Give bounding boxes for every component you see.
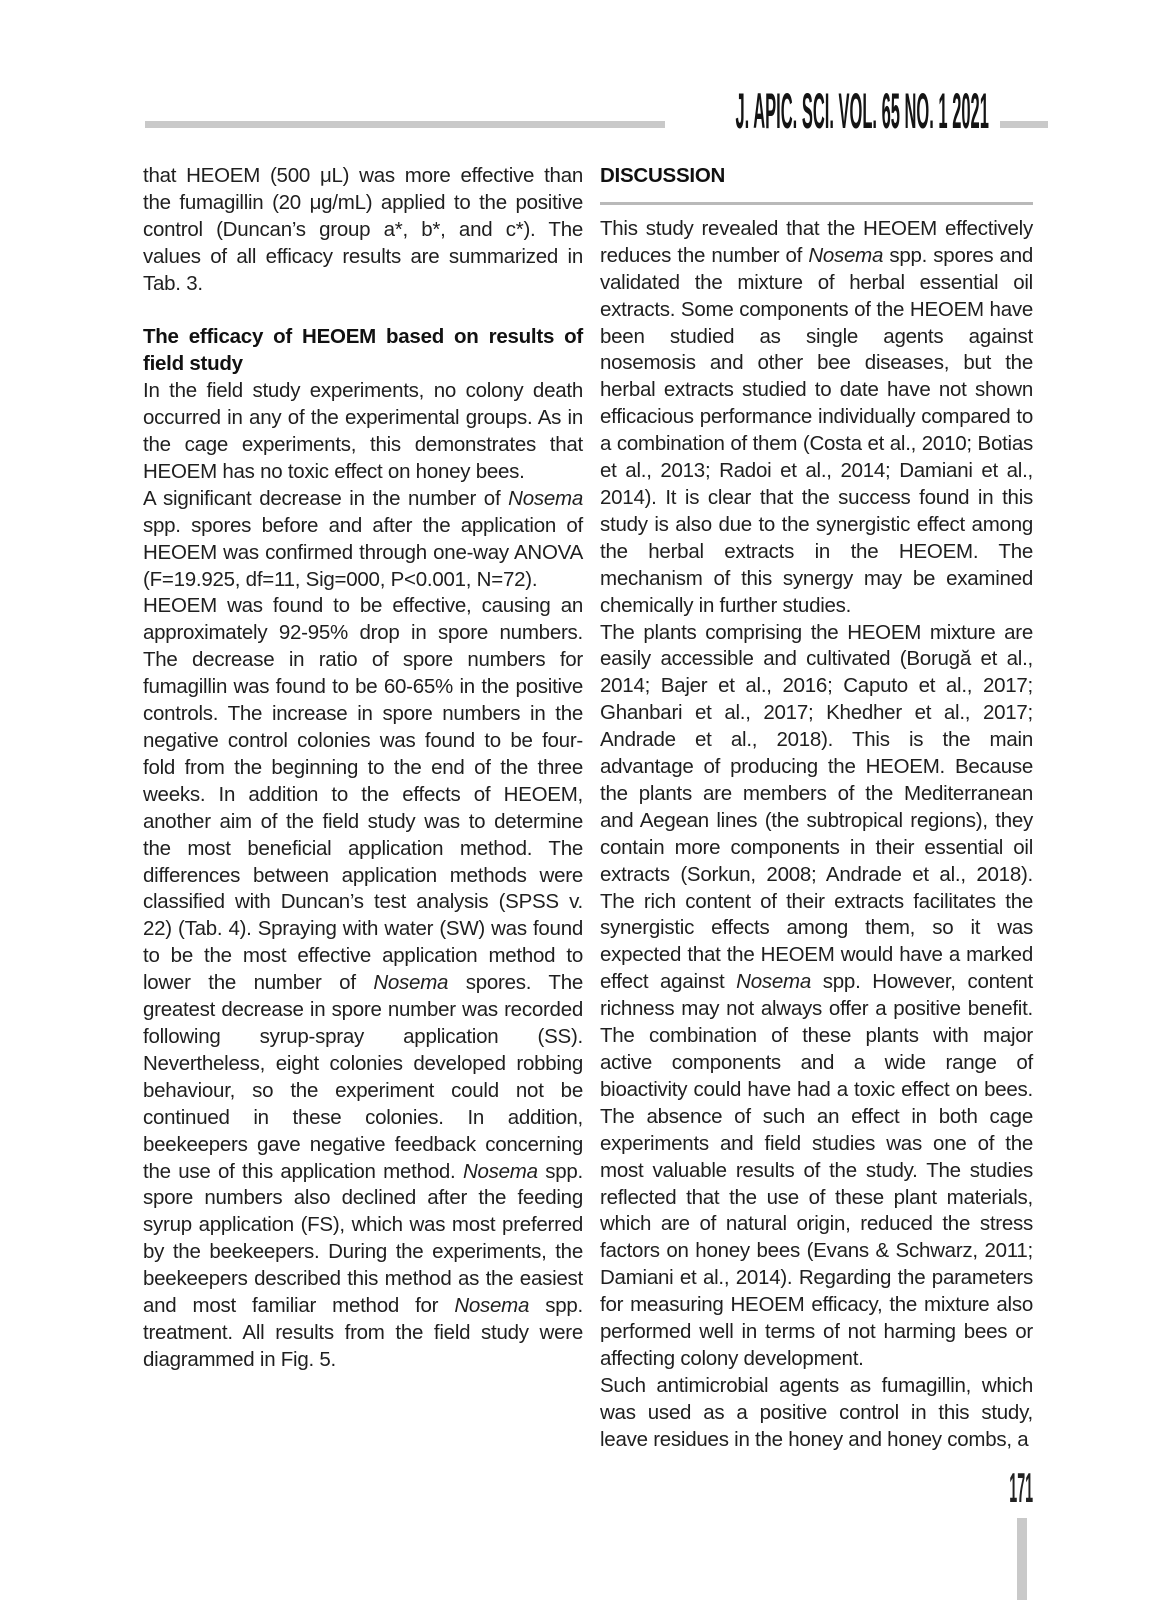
journal-masthead: J. APIC. SCI. VOL. 65 NO. 1 2021 [221, 88, 989, 134]
paragraph: The plants comprising the HEOEM mixture … [600, 620, 1033, 1373]
page-number-bar [1017, 1518, 1027, 1600]
section-heading: The efficacy of HEOEM based on results o… [143, 324, 583, 378]
paragraph: In the field study experiments, no colon… [143, 378, 583, 486]
masthead-rule-right [1000, 121, 1048, 128]
paragraph: Such antimicrobial agents as fumagillin,… [600, 1373, 1033, 1454]
paragraph: This study revealed that the HEOEM effec… [600, 216, 1033, 620]
discussion-heading: DISCUSSION [600, 163, 1033, 190]
discussion-heading-rule [600, 202, 1033, 205]
page-number-text: 171 [1009, 1468, 1033, 1508]
paragraph: HEOEM was found to be effective, causing… [143, 593, 583, 1373]
paragraph: A significant decrease in the number of … [143, 486, 583, 594]
paragraph: that HEOEM (500 μL) was more effective t… [143, 163, 583, 298]
page-number: 171 [963, 1468, 1033, 1508]
journal-page: J. APIC. SCI. VOL. 65 NO. 1 2021 that HE… [0, 0, 1170, 1600]
right-column: DISCUSSION This study revealed that the … [600, 163, 1033, 1454]
article-body: that HEOEM (500 μL) was more effective t… [143, 163, 1033, 1454]
left-column: that HEOEM (500 μL) was more effective t… [143, 163, 583, 1454]
journal-title: J. APIC. SCI. VOL. 65 NO. 1 2021 [736, 88, 989, 134]
